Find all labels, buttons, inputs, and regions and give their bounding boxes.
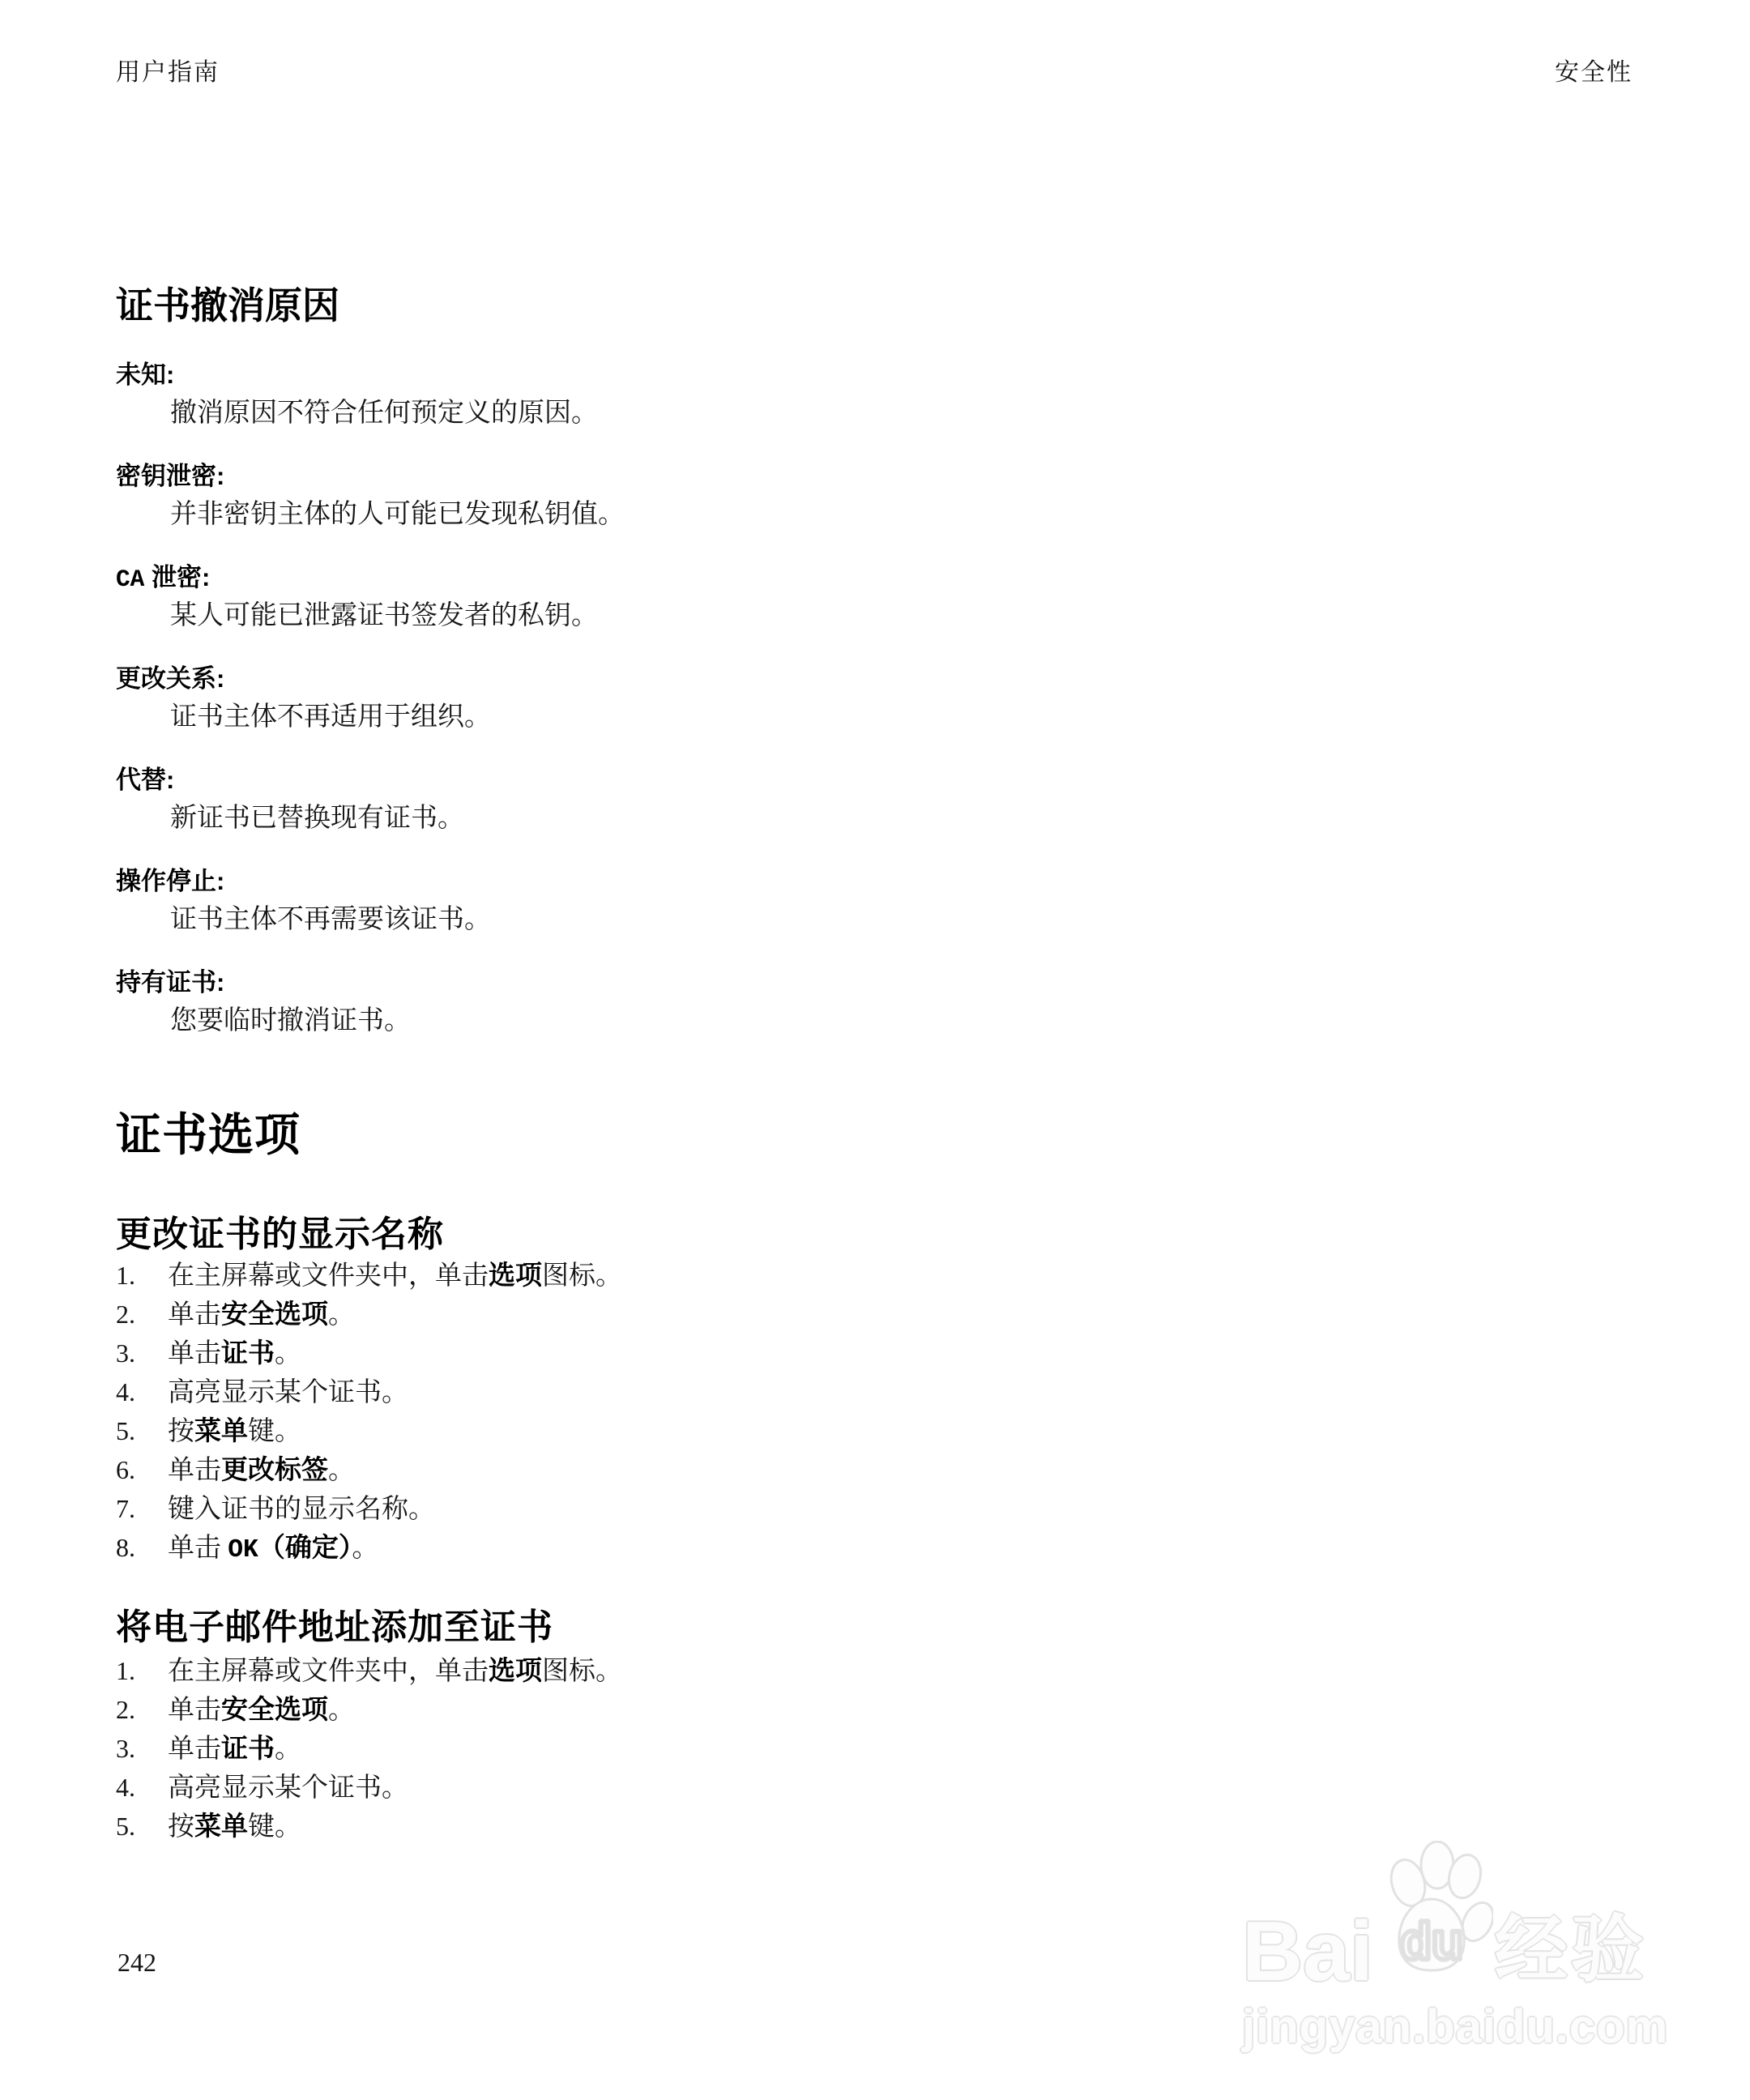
step-item: 7.键入证书的显示名称。 (116, 1491, 435, 1527)
text-run: 单击 (168, 1300, 221, 1330)
text-run: 证书 (221, 1338, 275, 1368)
step-item: 8.单击 OK（确定）。 (116, 1530, 378, 1569)
text-run: 图标。 (542, 1261, 622, 1291)
text-run: 泄密: (144, 563, 210, 591)
watermark-url: jingyan.baidu.com (1242, 2001, 1655, 2053)
revocation-term: 未知: (116, 360, 174, 391)
step-number: 8. (116, 1530, 168, 1565)
revocation-definition: 撤消原因不符合任何预定义的原因。 (170, 396, 598, 430)
page-number: 242 (117, 1946, 156, 1978)
step-item: 2.单击安全选项。 (116, 1296, 355, 1333)
step-item: 3.单击证书。 (116, 1335, 301, 1372)
step-number: 2. (116, 1692, 168, 1727)
text-run: 键。 (248, 1812, 301, 1842)
text-run: 。 (352, 1534, 378, 1563)
text-run: 按 (168, 1417, 194, 1446)
text-run: 安全选项 (221, 1299, 328, 1329)
text-run: 选项 (489, 1260, 542, 1290)
step-number: 1. (116, 1257, 168, 1293)
text-run: 高亮显示某个证书。 (168, 1378, 408, 1407)
step-number: 3. (116, 1731, 168, 1766)
revocation-definition: 证书主体不再需要该证书。 (170, 903, 491, 937)
baidu-logo-text-bai: Bai (1242, 1914, 1373, 1991)
text-run: 单击 (168, 1456, 221, 1485)
step-number: 4. (116, 1374, 168, 1410)
step-item: 4.高亮显示某个证书。 (116, 1374, 408, 1411)
text-run: 操作停止: (116, 867, 224, 895)
text-run: 未知: (116, 361, 174, 389)
revocation-title: 证书撤消原因 (116, 284, 1633, 328)
baidu-logo-row: Bai du 经验 (1242, 1841, 1655, 1991)
revocation-definition: 新证书已替换现有证书。 (170, 801, 464, 835)
step-item: 5.按菜单键。 (116, 1413, 301, 1449)
revocation-term: CA 泄密: (116, 562, 210, 595)
baidu-logo-text-jingyan: 经验 (1495, 1914, 1647, 1987)
text-run: 密钥泄密: (116, 462, 224, 490)
text-run: 高亮显示某个证书。 (168, 1773, 408, 1803)
text-run: 在主屏幕或文件夹中，单击 (168, 1261, 489, 1291)
revocation-term: 密钥泄密: (116, 461, 224, 492)
text-run: 。 (275, 1339, 301, 1368)
step-item: 2.单击安全选项。 (116, 1692, 355, 1728)
text-run: 。 (328, 1300, 355, 1330)
step-number: 5. (116, 1413, 168, 1449)
step-number: 6. (116, 1452, 168, 1487)
text-run: 。 (328, 1696, 355, 1725)
options-title: 证书选项 (116, 1108, 1633, 1162)
text-run: 键。 (248, 1417, 301, 1446)
text-run: 在主屏幕或文件夹中，单击 (168, 1657, 489, 1686)
revocation-definition: 并非密钥主体的人可能已发现私钥值。 (170, 497, 625, 531)
step-item: 6.单击更改标签。 (116, 1452, 355, 1488)
text-run: 单击 (168, 1696, 221, 1725)
baidu-paw-icon: du (1370, 1841, 1493, 1991)
step-number: 4. (116, 1769, 168, 1805)
revocation-term: 操作停止: (116, 866, 224, 897)
revocation-term: 代替: (116, 765, 174, 796)
step-item: 5.按菜单键。 (116, 1808, 301, 1845)
text-run: 更改关系: (116, 664, 224, 693)
step-item: 3.单击证书。 (116, 1731, 301, 1767)
text-run: 键入证书的显示名称。 (168, 1495, 435, 1524)
text-run: 单击 (168, 1735, 221, 1764)
step-number: 5. (116, 1808, 168, 1844)
step-number: 3. (116, 1335, 168, 1371)
revocation-definition: 某人可能已泄露证书签发者的私钥。 (170, 599, 598, 633)
text-run: 。 (328, 1456, 355, 1485)
baidu-logo-text-du: du (1400, 1912, 1463, 1970)
baidu-watermark: Bai du 经验 jingyan.baidu.com (1242, 1841, 1655, 2053)
step-number: 7. (116, 1491, 168, 1526)
text-run: CA (116, 566, 144, 593)
text-run: 单击 (168, 1534, 228, 1563)
revocation-definition: 证书主体不再适用于组织。 (170, 700, 491, 734)
text-run: 。 (275, 1735, 301, 1764)
text-run: 菜单 (194, 1811, 248, 1841)
step-number: 1. (116, 1653, 168, 1688)
step-item: 4.高亮显示某个证书。 (116, 1769, 408, 1806)
subsection-title: 更改证书的显示名称 (116, 1212, 1633, 1257)
text-run: 选项 (489, 1655, 542, 1685)
step-number: 2. (116, 1296, 168, 1332)
text-run: 按 (168, 1812, 194, 1842)
revocation-term: 持有证书: (116, 967, 224, 998)
text-run: 证书 (221, 1733, 275, 1763)
text-run: 安全选项 (221, 1694, 328, 1724)
document-page: 用户指南 安全性 证书撤消原因 未知:撤消原因不符合任何预定义的原因。密钥泄密:… (0, 0, 1750, 2100)
text-run: （确定） (258, 1532, 352, 1562)
text-run: 代替: (116, 766, 174, 794)
text-run: 菜单 (194, 1415, 248, 1445)
step-item: 1.在主屏幕或文件夹中，单击选项图标。 (116, 1257, 622, 1294)
step-item: 1.在主屏幕或文件夹中，单击选项图标。 (116, 1653, 622, 1689)
text-run: 图标。 (542, 1657, 622, 1686)
subsection-title: 将电子邮件地址添加至证书 (116, 1605, 1633, 1650)
content-area: 证书撤消原因 未知:撤消原因不符合任何预定义的原因。密钥泄密:并非密钥主体的人可… (116, 0, 1633, 2100)
revocation-term: 更改关系: (116, 664, 224, 694)
text-run: 持有证书: (116, 968, 224, 997)
text-run: OK (228, 1536, 258, 1564)
text-run: 单击 (168, 1339, 221, 1368)
text-run: 更改标签 (221, 1454, 328, 1484)
revocation-definition: 您要临时撤消证书。 (170, 1004, 411, 1038)
